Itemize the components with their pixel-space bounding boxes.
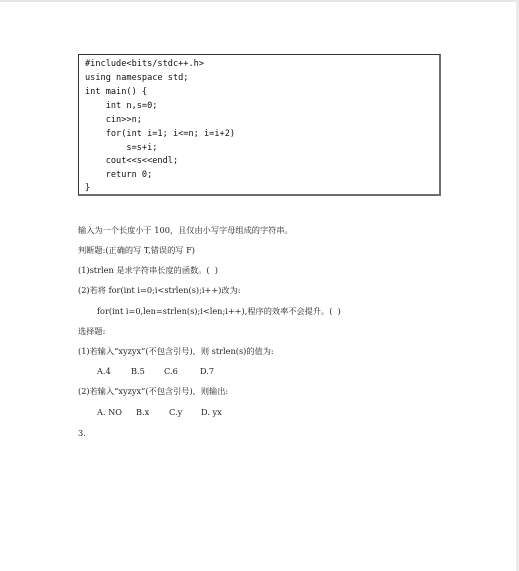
code-line: } xyxy=(85,181,90,195)
code-line: return 0; xyxy=(85,168,152,182)
choice-q1-option-d: D.7 xyxy=(200,363,214,379)
choice-q1-option-a: A.4 xyxy=(97,363,111,379)
code-line: cin>>n; xyxy=(85,113,142,127)
code-block: #include<bits/stdc++.h> using namespace … xyxy=(78,54,441,196)
judge-question-2-continued: for(int i=0,len=strlen(s);i<len;i++),程序的… xyxy=(97,303,341,319)
page-top-edge xyxy=(0,0,519,2)
code-line: for(int i=1; i<=n; i=i+2) xyxy=(85,127,235,141)
choice-q2-option-b: B.x xyxy=(136,404,149,420)
choice-question-1: (1)若输入“xyzyx”(不包含引号)，则 strlen(s)的值为: xyxy=(78,343,274,359)
question-number-3: 3. xyxy=(78,425,86,441)
code-line: int main() { xyxy=(85,85,147,99)
code-line: int n,s=0; xyxy=(85,99,157,113)
input-description: 输入为一个长度小于 100，且仅由小写字母组成的字符串。 xyxy=(78,222,293,238)
judge-question-1: (1)strlen 是求字符串长度的函数。( ) xyxy=(78,262,218,278)
choice-section-title: 选择题: xyxy=(78,323,105,339)
judge-question-2: (2)若将 for(int i=0;i<strlen(s);i++)改为: xyxy=(78,282,241,298)
choice-q1-option-c: C.6 xyxy=(164,363,178,379)
code-line: cout<<s<<endl; xyxy=(85,154,178,168)
judge-section-title: 判断题:(正确的写 T,错误的写 F) xyxy=(78,242,195,258)
choice-q2-option-d: D. yx xyxy=(201,404,222,420)
choice-q2-option-c: C.y xyxy=(169,404,182,420)
code-line: #include<bits/stdc++.h> xyxy=(85,57,204,71)
choice-q1-option-b: B.5 xyxy=(131,363,145,379)
code-line: using namespace std; xyxy=(85,71,188,85)
choice-question-2: (2)若输入“xyzyx”(不包含引号)，则输出: xyxy=(78,383,228,399)
choice-q2-option-a: A. NO xyxy=(97,404,122,420)
code-line: s=s+i; xyxy=(85,141,157,155)
